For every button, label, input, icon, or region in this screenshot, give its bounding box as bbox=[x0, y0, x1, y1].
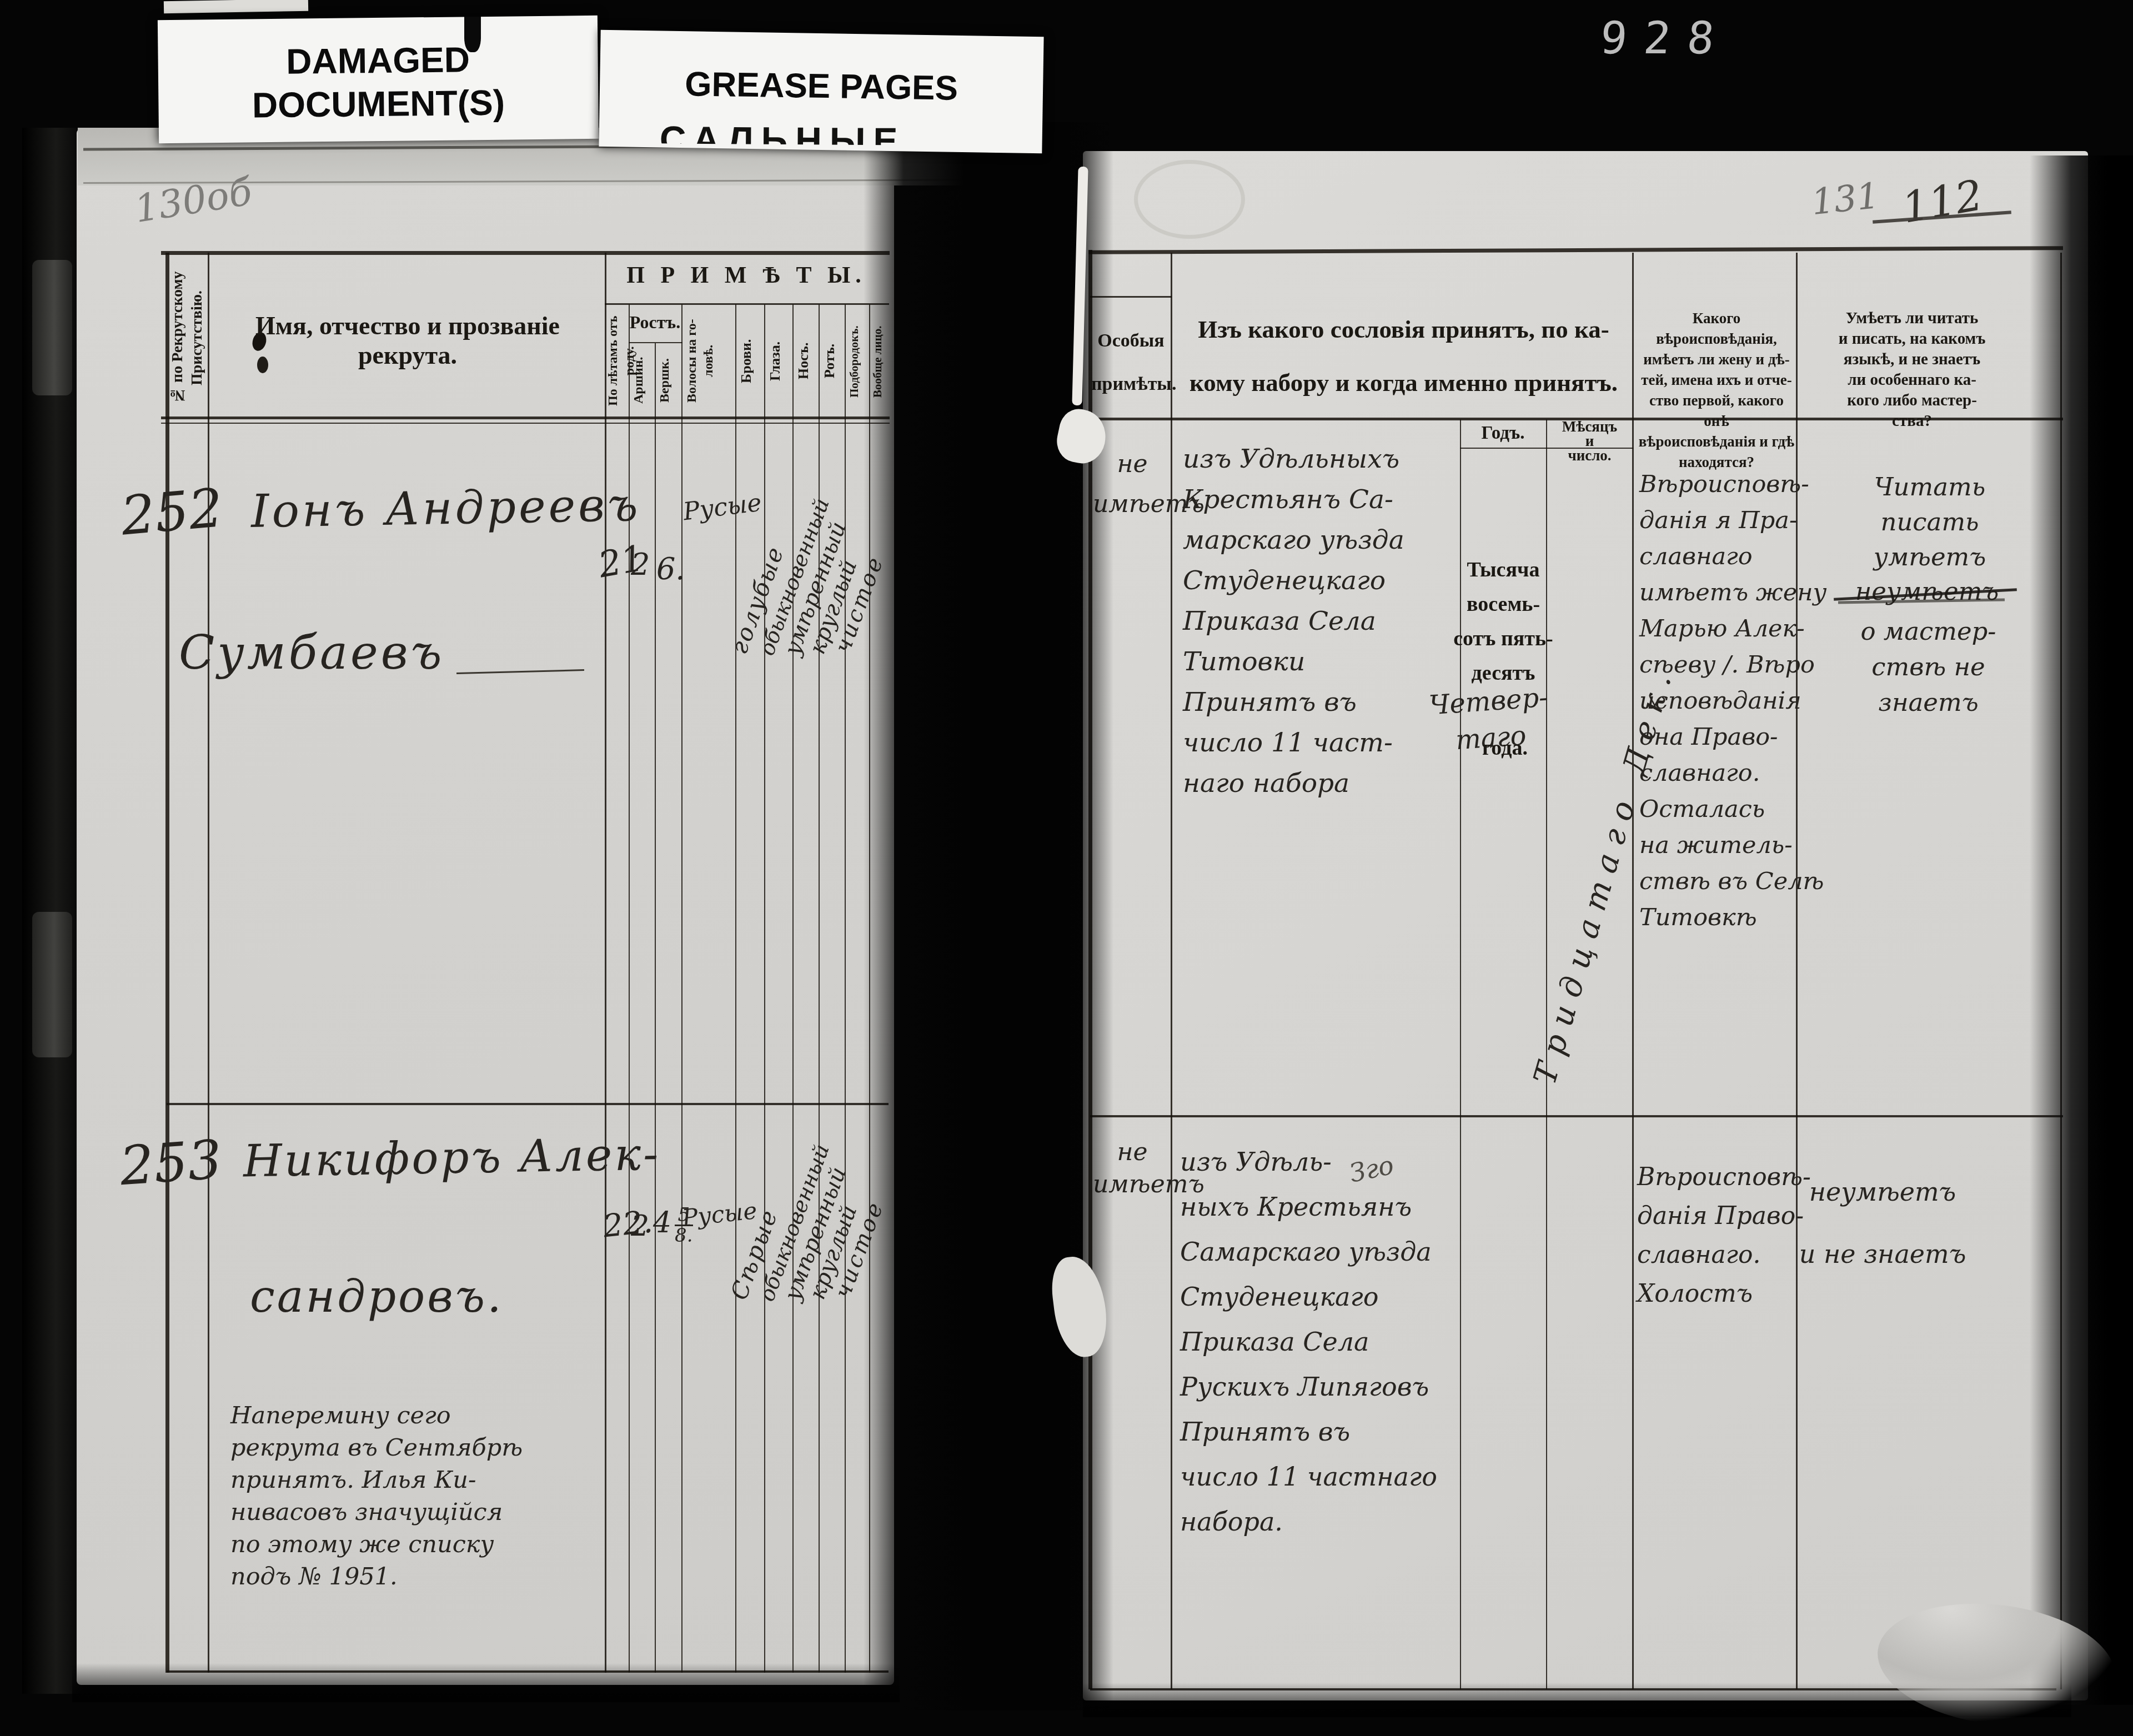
column-header-age: По лѣтамъ отъ роду. bbox=[605, 307, 629, 415]
literacy-entry-bottom: о мастер- ствѣ не знаетъ bbox=[1835, 614, 2021, 720]
grid-line-h bbox=[161, 417, 890, 419]
marginal-note: Наперемину сего рекрута въ Сентябрѣ прин… bbox=[230, 1211, 669, 1593]
column-header-nose: Носъ. bbox=[795, 307, 817, 415]
vershok-value: 6. bbox=[656, 551, 685, 586]
column-header-literacy: Умѣетъ ли читать и писать, на какомъ язы… bbox=[1804, 308, 2020, 432]
recruit-name-line1: Никифоръ Алек- bbox=[243, 1128, 661, 1187]
grid-line-v bbox=[165, 253, 169, 1673]
recruit-name-line2: Сумбаевъ bbox=[179, 625, 445, 680]
column-header-brows: Брови. bbox=[737, 307, 763, 415]
right-edge-torn-dark bbox=[2030, 155, 2133, 1705]
grid-line-v bbox=[208, 253, 209, 1673]
watermark-stamp bbox=[1134, 160, 1245, 239]
page-number-right: 131 bbox=[1809, 175, 1881, 223]
grid-line-v bbox=[681, 304, 682, 1673]
grid-line-h bbox=[605, 303, 889, 305]
scanned-document-page: № по Рекрутскому Присутствію. Имя, отчес… bbox=[0, 0, 2133, 1736]
column-header-hair: Волосы на го- ловѣ. bbox=[684, 307, 734, 415]
column-header-religion: Какого вѣроисповѣданія, имѣетъ ли жену и… bbox=[1635, 308, 1798, 473]
estate-entry: изъ Удѣль- ныхъ Крестьянъ Самарскаго уѣз… bbox=[1180, 1140, 1461, 1544]
ink-drip bbox=[464, 17, 481, 52]
column-header-mouth: Ротъ. bbox=[821, 307, 844, 415]
binding-clasp bbox=[32, 260, 72, 395]
binding-clasp bbox=[32, 912, 72, 1057]
grid-line-v bbox=[764, 304, 765, 1673]
year-suffix: года. bbox=[1472, 736, 1538, 760]
row-number: 252 bbox=[118, 476, 225, 548]
grid-line-h bbox=[1090, 1115, 2063, 1117]
column-header-year: Годъ. bbox=[1460, 423, 1546, 444]
column-header-recruit-number: № по Рекрутскому Присутствію. bbox=[168, 260, 208, 415]
arshin-value: 2 bbox=[631, 1210, 649, 1243]
literacy-entry-top: Читать писать умѣетъ bbox=[1838, 469, 2021, 574]
arshin-value: 2 bbox=[631, 547, 650, 582]
grid-line-v bbox=[1632, 253, 1634, 1689]
grid-line-v bbox=[845, 304, 846, 1673]
grid-line-v bbox=[792, 304, 794, 1673]
column-header-month: Мѣсяцъ и число. bbox=[1547, 419, 1632, 463]
vershok-whole: 4 bbox=[653, 1206, 671, 1240]
year-printed: Тысяча восемь- сотъ пять- десятъ bbox=[1451, 553, 1556, 690]
literacy-entry: неумѣетъ и не знаетъ bbox=[1763, 1161, 2002, 1285]
column-header-vershok: Вершк. bbox=[656, 347, 680, 414]
frame-counter: 928 bbox=[1598, 12, 1733, 64]
estate-entry: изъ Удѣльныхъ Крестьянъ Са- марскаго уѣз… bbox=[1183, 439, 1458, 804]
row-number: 253 bbox=[118, 1128, 224, 1198]
table-title-primety: П Р И М Ѣ Т Ы. bbox=[605, 262, 887, 289]
column-header-eyes: Глаза. bbox=[766, 307, 791, 415]
grid-line-h bbox=[161, 251, 890, 255]
grid-line-h bbox=[629, 342, 682, 343]
damaged-document-sticker: DAMAGED DOCUMENT(S) bbox=[158, 16, 599, 143]
column-header-name: Имя, отчество и прозваніе рекрута. bbox=[213, 311, 603, 370]
page-bottom-fade bbox=[72, 1663, 900, 1702]
grid-line-h bbox=[167, 1103, 889, 1105]
recruit-name-line1: Іонъ Андреевъ bbox=[250, 479, 641, 538]
grid-line-h bbox=[161, 423, 890, 424]
hidden-sticker-text: САЛЬНЫЕ bbox=[660, 118, 926, 145]
column-header-height: Ростъ. bbox=[629, 312, 681, 333]
religion-entry: Вѣроисповѣ- данія я Пра- славнаго имѣетъ… bbox=[1639, 466, 1839, 936]
column-header-estate: Изъ какого сословія принятъ, по ка- кому… bbox=[1180, 303, 1627, 409]
column-header-arshin: Аршин. bbox=[630, 347, 654, 414]
white-sliver-top bbox=[164, 0, 308, 13]
hidden-sticker-clip: САЛЬНЫЕ bbox=[660, 118, 926, 145]
